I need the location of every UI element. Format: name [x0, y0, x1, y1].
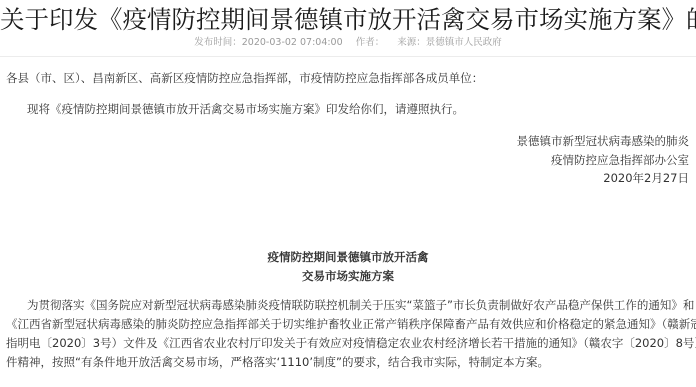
- plan-title-line-1: 疫情防控期间景德镇市放开活禽: [0, 249, 696, 265]
- plan-title-line-2: 交易市场实施方案: [0, 268, 696, 284]
- author-label: 作者：: [356, 37, 385, 48]
- article-meta: 发布时间：2020-03-02 07:04:00 作者： 来源：景德镇市人民政府: [0, 36, 696, 50]
- notice-intro: 现将《疫情防控期间景德镇市放开活禽交易市场实施方案》印发给你们，请遵照执行。: [27, 101, 464, 117]
- publish-time: 发布时间：2020-03-02 07:04:00: [194, 37, 342, 48]
- notice-salutation: 各县（市、区）、昌南新区、高新区疫情防控应急指挥部，市疫情防控应急指挥部各成员单…: [6, 70, 483, 86]
- article-title: 关于印发《疫情防控期间景德镇市放开活禽交易市场实施方案》的通知: [0, 4, 696, 36]
- header-divider: [0, 56, 696, 57]
- article-header: 关于印发《疫情防控期间景德镇市放开活禽交易市场实施方案》的通知 发布时间：202…: [0, 0, 696, 58]
- plan-paragraph-line: 指明电〔2020〕3号）文件及《江西省农业农村厅印发关于有效应对疫情稳定农业农村…: [6, 335, 692, 351]
- signature-line-1: 景德镇市新型冠状病毒感染的肺炎: [389, 133, 689, 149]
- plan-paragraph-line: 《江西省新型冠状病毒感染的肺炎防控应急指挥部关于切实维护畜牧业正常产销秩序保障畜…: [6, 316, 692, 332]
- signature-line-2: 疫情防控应急指挥部办公室: [389, 152, 689, 168]
- source-label: 来源：景德镇市人民政府: [397, 37, 502, 48]
- signature-date: 2020年2月27日: [389, 170, 689, 186]
- plan-paragraph-line: 件精神，按照“有条件地开放活禽交易市场，严格落实‘1110’制度”的要求，结合我…: [6, 354, 692, 370]
- plan-paragraph-line: 为贯彻落实《国务院应对新型冠状病毒感染肺炎疫情联防联控机制关于压实“菜篮子”市长…: [6, 297, 692, 313]
